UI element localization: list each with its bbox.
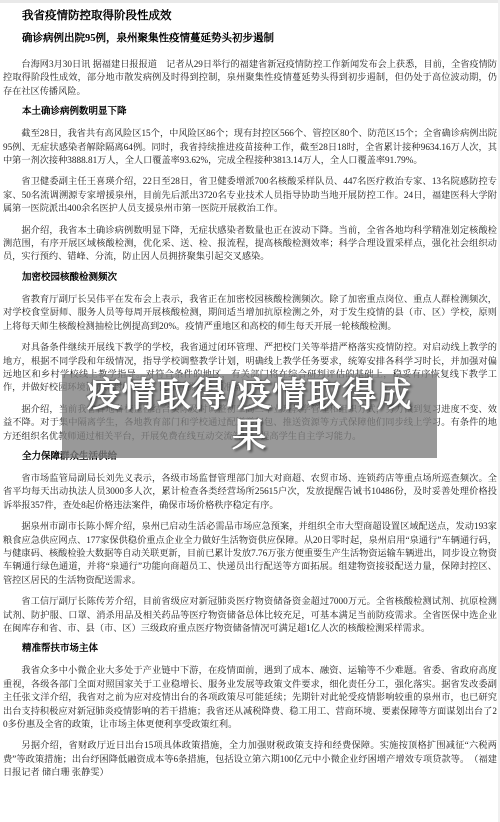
paragraph: 我省众多中小微企业大多处于产业链中下游，在疫情面前，遇到了成本、融资、运输等不少… xyxy=(3,664,497,731)
article-title: 我省疫情防控取得阶段性成效 xyxy=(3,9,497,24)
paragraph: 台海网3月30日讯 据福建日报报道 记者从29日举行的福建省新冠疫情防控工作新闻… xyxy=(3,58,497,98)
paragraph: 据介绍，我省本土确诊病例数明显下降，无症状感染者数量也正在波动下降。当前，全省各… xyxy=(3,224,497,264)
paragraph: 省市场监管局副局长刘先义表示，各级市场监督管理部门加大对商超、农贸市场、连锁药店… xyxy=(3,472,497,512)
paragraph: 据介绍，当前我省各地各校正在结合实际及时调整初三高三毕业班教学管理和组织方式，努… xyxy=(3,403,497,443)
paragraph: 省工信厅副厅长陈传芳介绍，目前省级应对新冠肺炎医疗物资储备资金超过7000万元。… xyxy=(3,595,497,635)
article-body: 台海网3月30日讯 据福建日报报道 记者从29日举行的福建省新冠疫情防控工作新闻… xyxy=(3,58,497,780)
paragraph: 据泉州市副市长陈小辉介绍，泉州已启动生活必需品市场应急预案，并组织全市大型商超设… xyxy=(3,520,497,587)
article-subtitle: 确诊病例出院95例，泉州聚集性疫情蔓延势头初步遏制 xyxy=(3,32,497,46)
paragraph: 省卫健委副主任王喜瑛介绍，22日至28日，省卫健委增派700名核酸采样队员、44… xyxy=(3,175,497,215)
section-heading: 本土确诊病例数明显下降 xyxy=(3,106,497,119)
section-heading: 精准帮扶市场主体 xyxy=(3,643,497,656)
paragraph: 省教育厅副厅长吴伟平在发布会上表示，我省正在加密校园核酸检测频次。除了加密重点岗… xyxy=(3,293,497,333)
paragraph: 对具备条件继续开展线下教学的学校，我省通过闭环管理、严把校门关等举措严格落实疫情… xyxy=(3,341,497,395)
section-heading: 全力保障群众生活供给 xyxy=(3,451,497,464)
article-page: 我省疫情防控取得阶段性成效 确诊病例出院95例，泉州聚集性疫情蔓延势头初步遏制 … xyxy=(0,0,500,822)
paragraph: 另据介绍，省财政厅近日出台15项具体政策措施，全力加强财税政策支持和经费保障。实… xyxy=(3,739,497,779)
section-heading: 加密校园核酸检测频次 xyxy=(3,272,497,285)
paragraph: 截至28日，我省共有高风险区15个，中风险区86个；现有封控区566个、管控区8… xyxy=(3,127,497,167)
